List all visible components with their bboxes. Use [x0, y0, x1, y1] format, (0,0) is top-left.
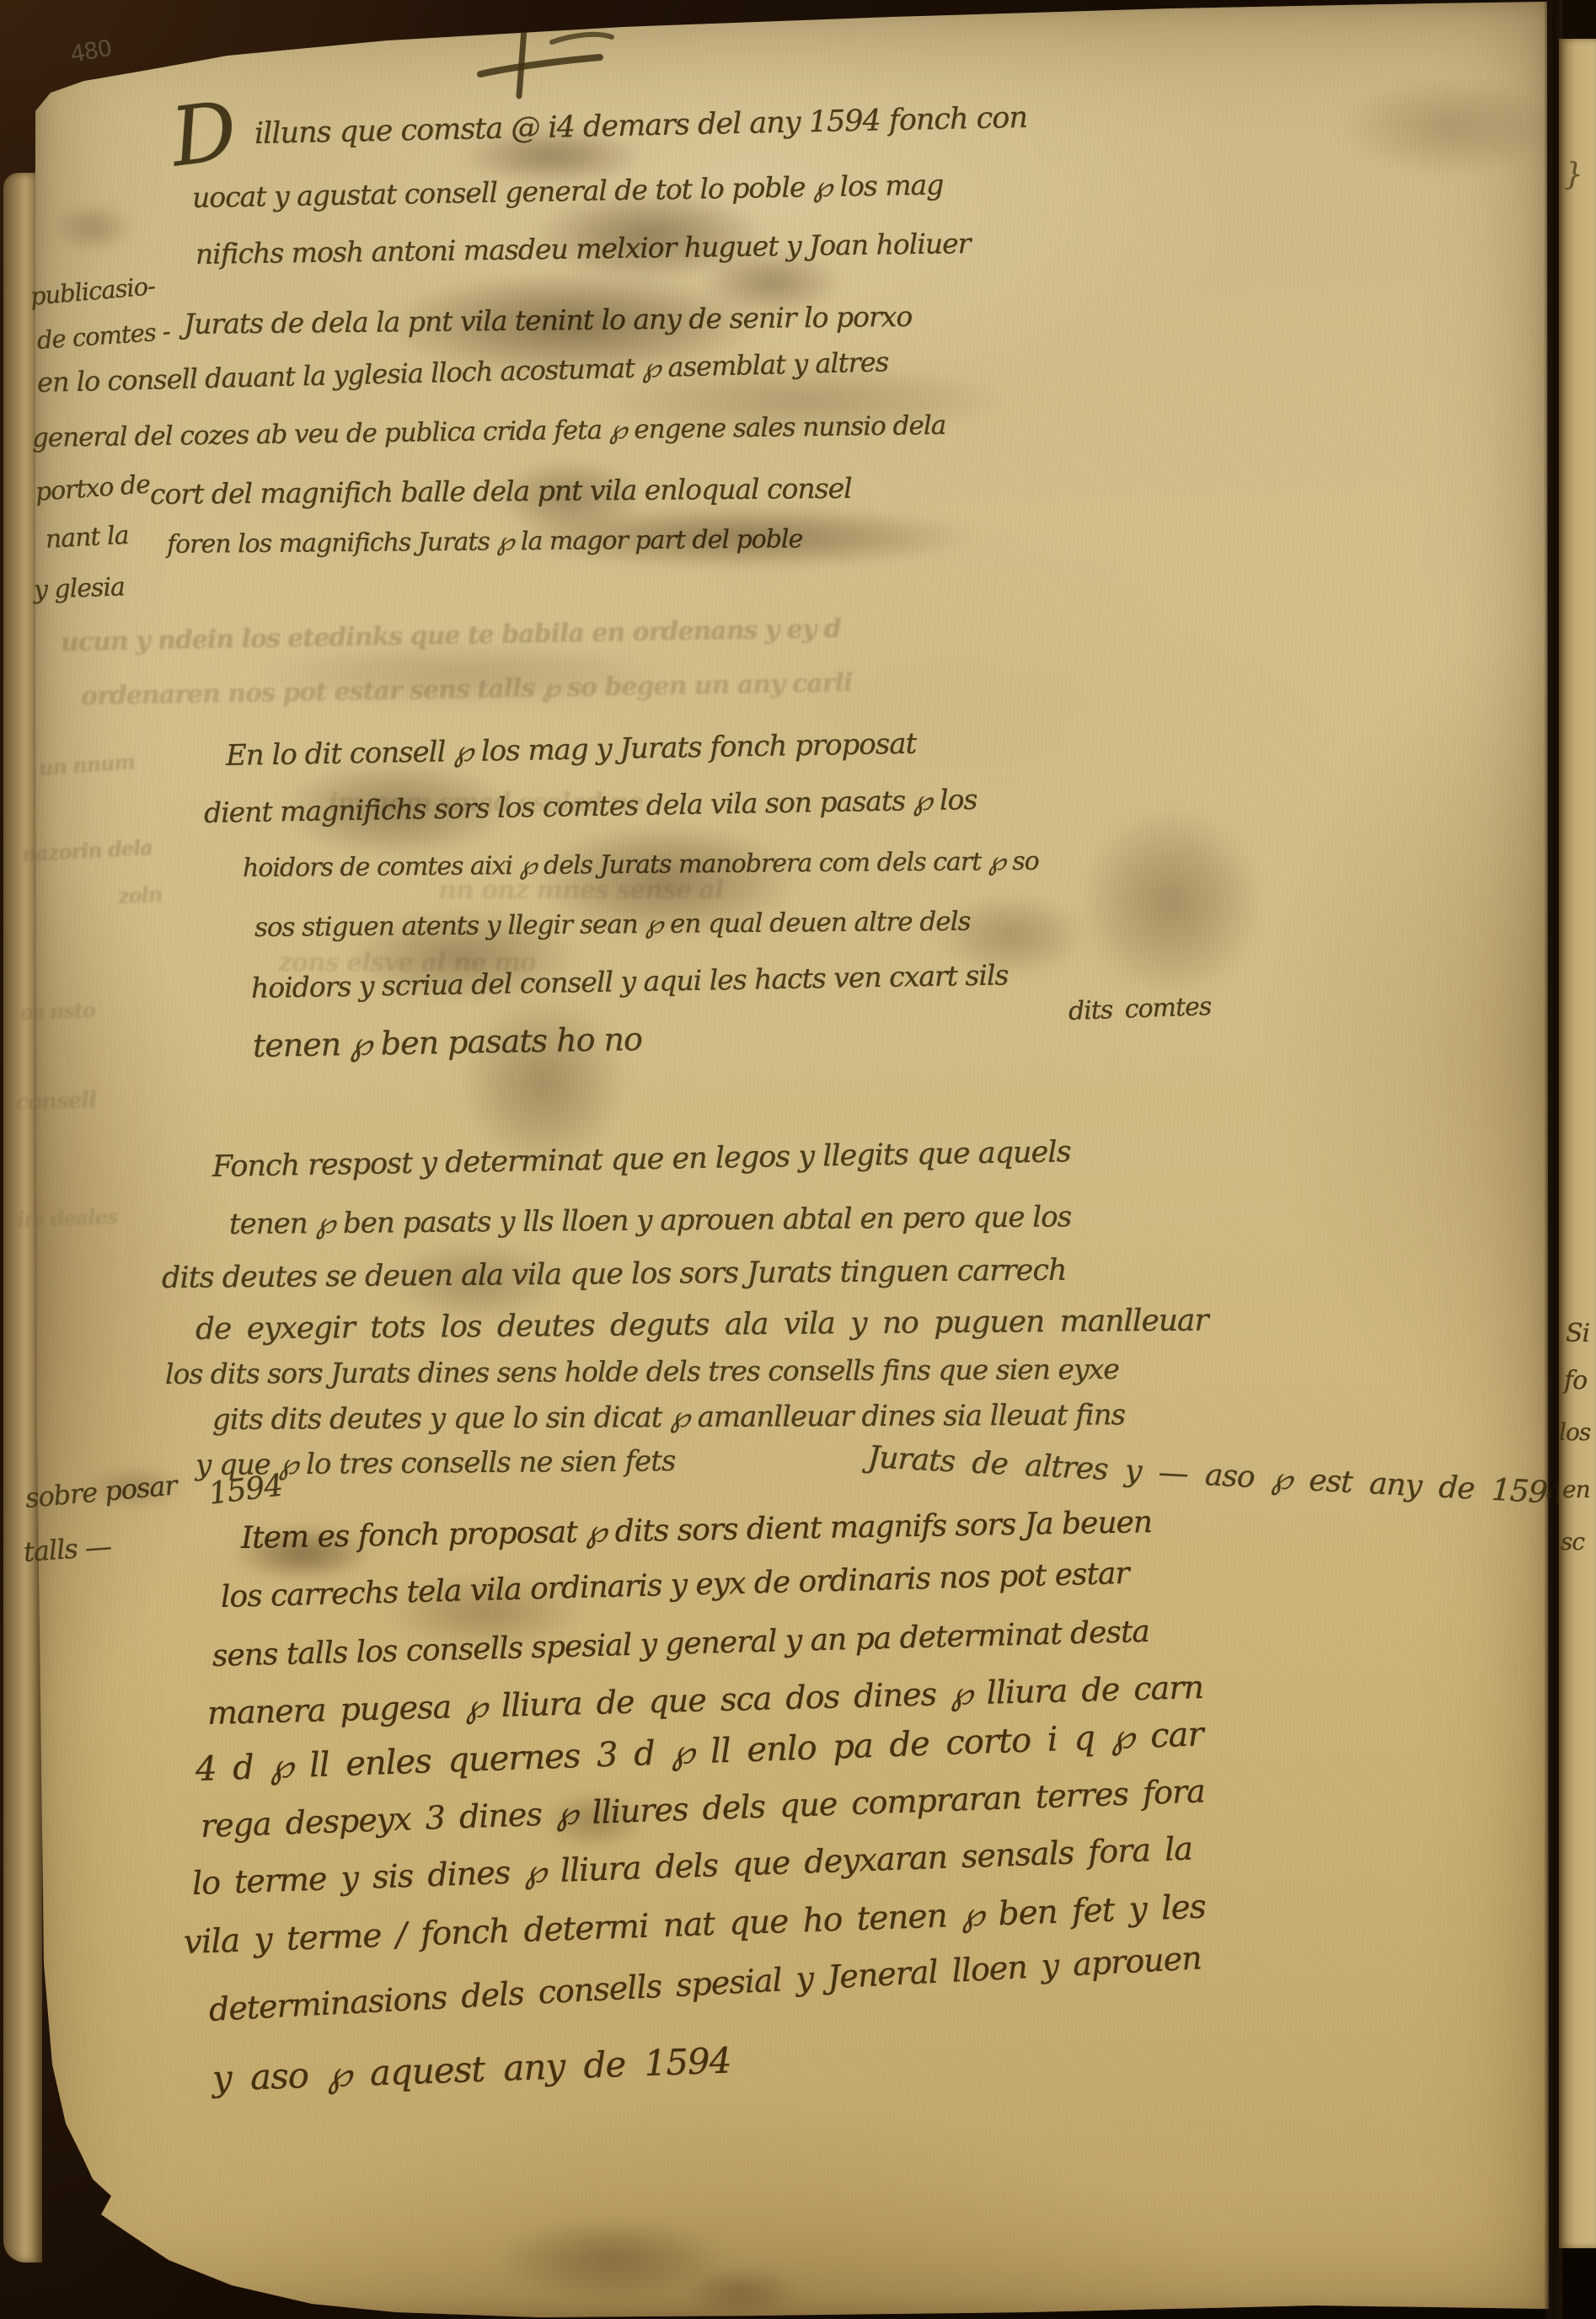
text-line: foren los magnifichs Jurats ℘ la magor p… [167, 527, 803, 558]
text-line: en lo consell dauant la yglesia lloch ac… [37, 348, 889, 396]
facing-page-sliver [1559, 39, 1596, 2248]
text-line: cort del magnifich balle dela pnt vila e… [150, 474, 852, 508]
text-line: lo terme y sis dines ℘ lliura dels que d… [191, 1833, 1192, 1899]
text-line: Item es fonch proposat ℘ dits sors dient… [241, 1508, 1153, 1554]
text-line: Jurats de altres y — aso ℘ est any de 15… [867, 1443, 1566, 1509]
bleedthrough-text: nn onz mnes sense al [438, 878, 723, 903]
bleedthrough-text: zoln [117, 884, 162, 907]
margin-note: talls — [23, 1533, 112, 1566]
bleedthrough-text: ucun y ndein los etedinks que te babila … [61, 617, 841, 656]
bleedthrough-text: ordenaren nos pot estar sens talls ℘ so … [81, 671, 853, 710]
text-line: illuns que comsta @ i4 demars del any 15… [254, 104, 1028, 149]
bleedthrough-text: nazorin dela [21, 838, 153, 865]
margin-note: y glesia [33, 575, 125, 603]
text-line: nifichs mosh antoni masdeu melxior hugue… [195, 229, 971, 268]
text-line: dits comtes [1068, 994, 1211, 1025]
text-line: dient magnifichs sors los comtes dela vi… [204, 785, 977, 827]
page-number: 480 [69, 37, 113, 67]
text-line: dits deutes se deuen ala vila que los so… [162, 1256, 1067, 1293]
text-line: tenen ℘ ben pasats y lls lloen y aprouen… [229, 1202, 1071, 1239]
bleedthrough-text: un nnum [38, 752, 135, 779]
margin-note: 1594 [207, 1470, 284, 1509]
text-line: los dits sors Jurats dines sens holde de… [165, 1355, 1119, 1388]
text-line: D [167, 90, 240, 179]
text-line: Fonch respost y determinat que en legos … [212, 1138, 1071, 1182]
text-line: gits dits deutes y que lo sin dicat ℘ am… [212, 1401, 1125, 1434]
text-line: rega despeyx 3 dines ℘ lliures dels que … [200, 1775, 1205, 1842]
margin-note: nant la [45, 523, 129, 553]
manuscript-photo: 480Dilluns que comsta @ i4 demars del an… [0, 0, 1596, 2319]
text-line: sos stiguen atents y llegir sean ℘ en qu… [254, 909, 971, 941]
handwritten-text-layer: 480Dilluns que comsta @ i4 demars del an… [0, 0, 1596, 2319]
text-line: Jurats de dela la pnt vila tenint lo any… [184, 303, 913, 338]
text-line: de eyxegir tots los deutes deguts ala vi… [195, 1306, 1208, 1345]
text-line: En lo dit consell ℘ los mag y Jurats fon… [226, 730, 917, 770]
text-line: uocat y agustat consell general de tot l… [192, 170, 944, 212]
text-line: sens talls los consells spesial y genera… [212, 1617, 1150, 1672]
margin-note: portxo de [35, 473, 151, 506]
bleedthrough-text: os nsto [20, 1000, 96, 1023]
bleedthrough-text: irs deales [17, 1207, 118, 1230]
text-line: general del cozes ab veu de publica crid… [32, 413, 946, 452]
bleedthrough-text: consell [15, 1090, 97, 1114]
text-line: y aso ℘ aquest any de 1594 [212, 2043, 731, 2097]
text-line: tenen ℘ ben pasats ho no [253, 1023, 643, 1062]
text-line: hoidors de comtes aixi ℘ dels Jurats man… [243, 849, 1039, 881]
text-line: los carrechs tela vila ordinaris y eyx d… [221, 1559, 1130, 1613]
margin-note: de comtes - [36, 319, 171, 353]
margin-note: publicasio- [29, 274, 156, 309]
margin-note: sobre posar [24, 1471, 178, 1512]
